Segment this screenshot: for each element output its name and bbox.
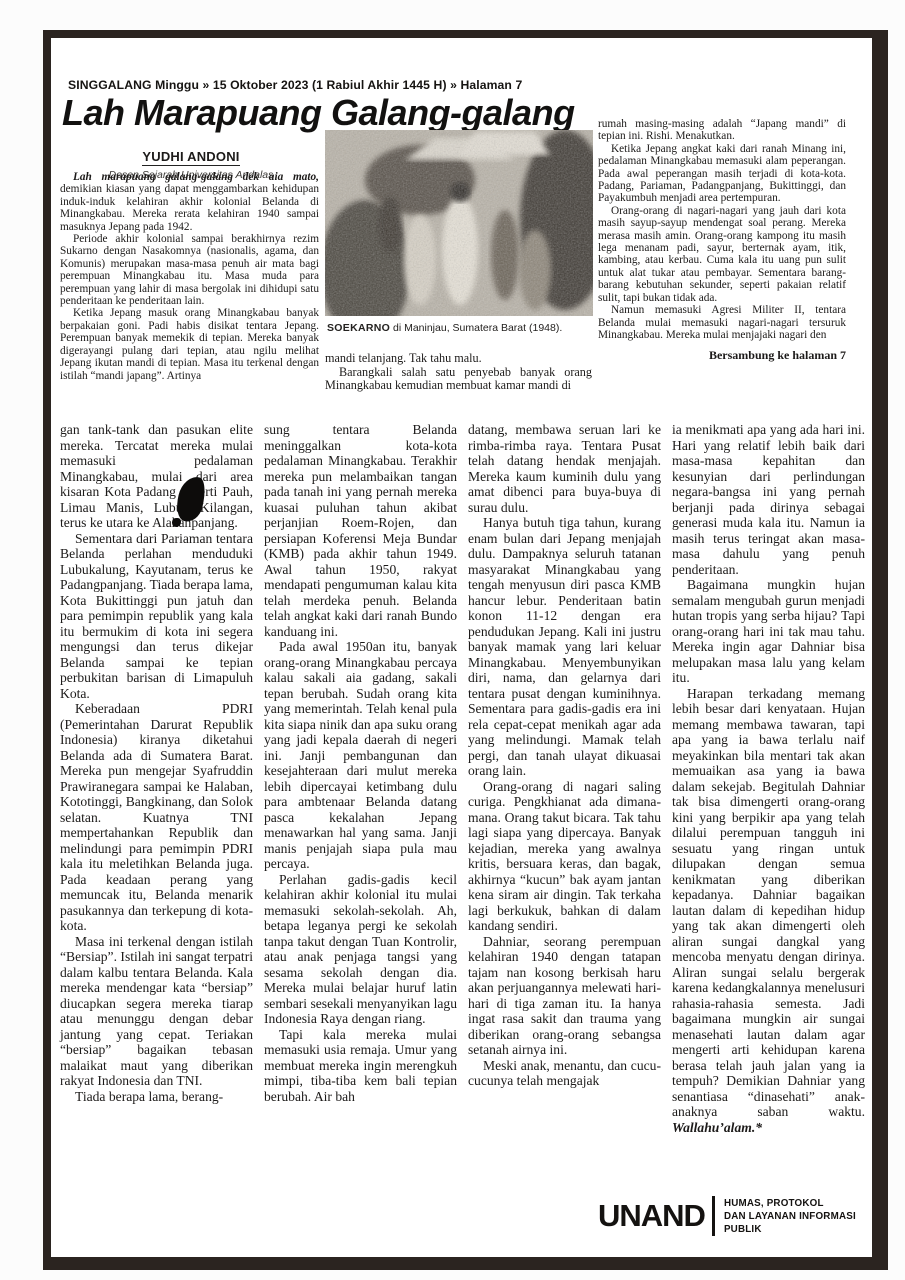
article-photo xyxy=(325,130,593,316)
body-paragraph: Sementara dari Pariaman tentara Belanda … xyxy=(60,531,253,702)
article-headline: Lah Marapuang Galang-galang xyxy=(62,92,575,134)
photo-caption: SOEKARNO di Maninjau, Sumatera Barat (19… xyxy=(327,322,593,334)
middle-column: mandi telanjang. Tak tahu malu. Barangka… xyxy=(325,352,592,393)
body-paragraph: sung tentara Belanda meninggalkan kota-k… xyxy=(264,422,457,639)
body-paragraph: Hanya butuh tiga tahun, kurang enam bula… xyxy=(468,515,661,779)
column-3: datang, membawa seruan lari ke rimba-rim… xyxy=(468,422,661,1135)
body-paragraph: mandi telanjang. Tak tahu malu. xyxy=(325,352,592,366)
footer-line1: HUMAS, PROTOKOL xyxy=(724,1198,824,1209)
body-paragraph: gan tank-tank dan pasukan elite mereka. … xyxy=(60,422,253,531)
intro-paragraph: Periode akhir kolonial sampai berakhirny… xyxy=(60,233,319,307)
footer-line2: DAN LAYANAN INFORMASI PUBLIK xyxy=(724,1211,856,1235)
publisher-footer: UNAND HUMAS, PROTOKOL DAN LAYANAN INFORM… xyxy=(598,1196,872,1236)
footer-department: HUMAS, PROTOKOL DAN LAYANAN INFORMASI PU… xyxy=(724,1197,872,1236)
bottom-section: gan tank-tank dan pasukan elite mereka. … xyxy=(60,422,865,1135)
intro-column: Lah marapuang galang-galang dek aia mato… xyxy=(60,171,319,382)
column-1: gan tank-tank dan pasukan elite mereka. … xyxy=(60,422,253,1135)
photo-image xyxy=(325,130,593,316)
masthead: SINGGALANG Minggu » 15 Oktober 2023 (1 R… xyxy=(68,78,522,92)
body-paragraph: datang, membawa seruan lari ke rimba-rim… xyxy=(468,422,661,515)
closing-word: Wallahu’alam.* xyxy=(672,1120,762,1135)
body-paragraph: Meski anak, menantu, dan cucu-cucunya te… xyxy=(468,1058,661,1089)
intro-paragraph: Ketika Jepang masuk orang Minangkabau ba… xyxy=(60,307,319,381)
body-paragraph: Pada awal 1950an itu, banyak orang-orang… xyxy=(264,639,457,872)
body-paragraph: ia menikmati apa yang ada hari ini. Hari… xyxy=(672,422,865,577)
continuation-note: Bersambung ke halaman 7 xyxy=(598,349,846,361)
body-paragraph: Orang-orang di nagari-nagari yang jauh d… xyxy=(598,205,846,304)
body-paragraph: Tiada berapa lama, berang- xyxy=(60,1089,253,1105)
newspaper-page: SINGGALANG Minggu » 15 Oktober 2023 (1 R… xyxy=(0,0,905,1280)
lead-rest: demikian kiasan yang dapat menggambarkan… xyxy=(60,183,319,232)
body-paragraph: Tapi kala mereka mulai memasuki usia rem… xyxy=(264,1027,457,1105)
footer-divider xyxy=(712,1196,715,1236)
body-paragraph: Harapan terkadang memang lebih besar dar… xyxy=(672,686,865,1136)
lead-phrase: Lah marapuang galang-galang dek aia mato… xyxy=(73,171,319,183)
column-2: sung tentara Belanda meninggalkan kota-k… xyxy=(264,422,457,1135)
body-paragraph: Dahniar, seorang perempuan kelahiran 194… xyxy=(468,934,661,1058)
column-4: ia menikmati apa yang ada hari ini. Hari… xyxy=(672,422,865,1135)
body-paragraph: Ketika Jepang angkat kaki dari ranah Min… xyxy=(598,143,846,205)
body-paragraph: rumah masing-masing adalah “Japang mandi… xyxy=(598,118,846,143)
unand-logo: UNAND xyxy=(598,1198,705,1234)
author-name: YUDHI ANDONI xyxy=(142,149,239,166)
intro-paragraph: Lah marapuang galang-galang dek aia mato… xyxy=(60,171,319,233)
caption-name: SOEKARNO xyxy=(327,322,390,334)
page-frame: SINGGALANG Minggu » 15 Oktober 2023 (1 R… xyxy=(43,30,888,1270)
body-paragraph: Orang-orang di nagari saling curiga. Pen… xyxy=(468,779,661,934)
body-paragraph: Barangkali salah satu penyebab banyak or… xyxy=(325,366,592,393)
body-paragraph: Perlahan gadis-gadis kecil kelahiran akh… xyxy=(264,872,457,1027)
body-text: Harapan terkadang memang lebih besar dar… xyxy=(672,686,865,1120)
body-paragraph: Namun memasuki Agresi Militer II, tentar… xyxy=(598,304,846,341)
caption-rest: di Maninjau, Sumatera Barat (1948). xyxy=(390,322,562,334)
body-paragraph: Keberadaan PDRI (Pemerintahan Darurat Re… xyxy=(60,701,253,934)
body-paragraph: Masa ini terkenal dengan istilah “Bersia… xyxy=(60,934,253,1089)
top-right-column: rumah masing-masing adalah “Japang mandi… xyxy=(598,118,846,362)
body-paragraph: Bagaimana mungkin hujan semalam mengubah… xyxy=(672,577,865,686)
